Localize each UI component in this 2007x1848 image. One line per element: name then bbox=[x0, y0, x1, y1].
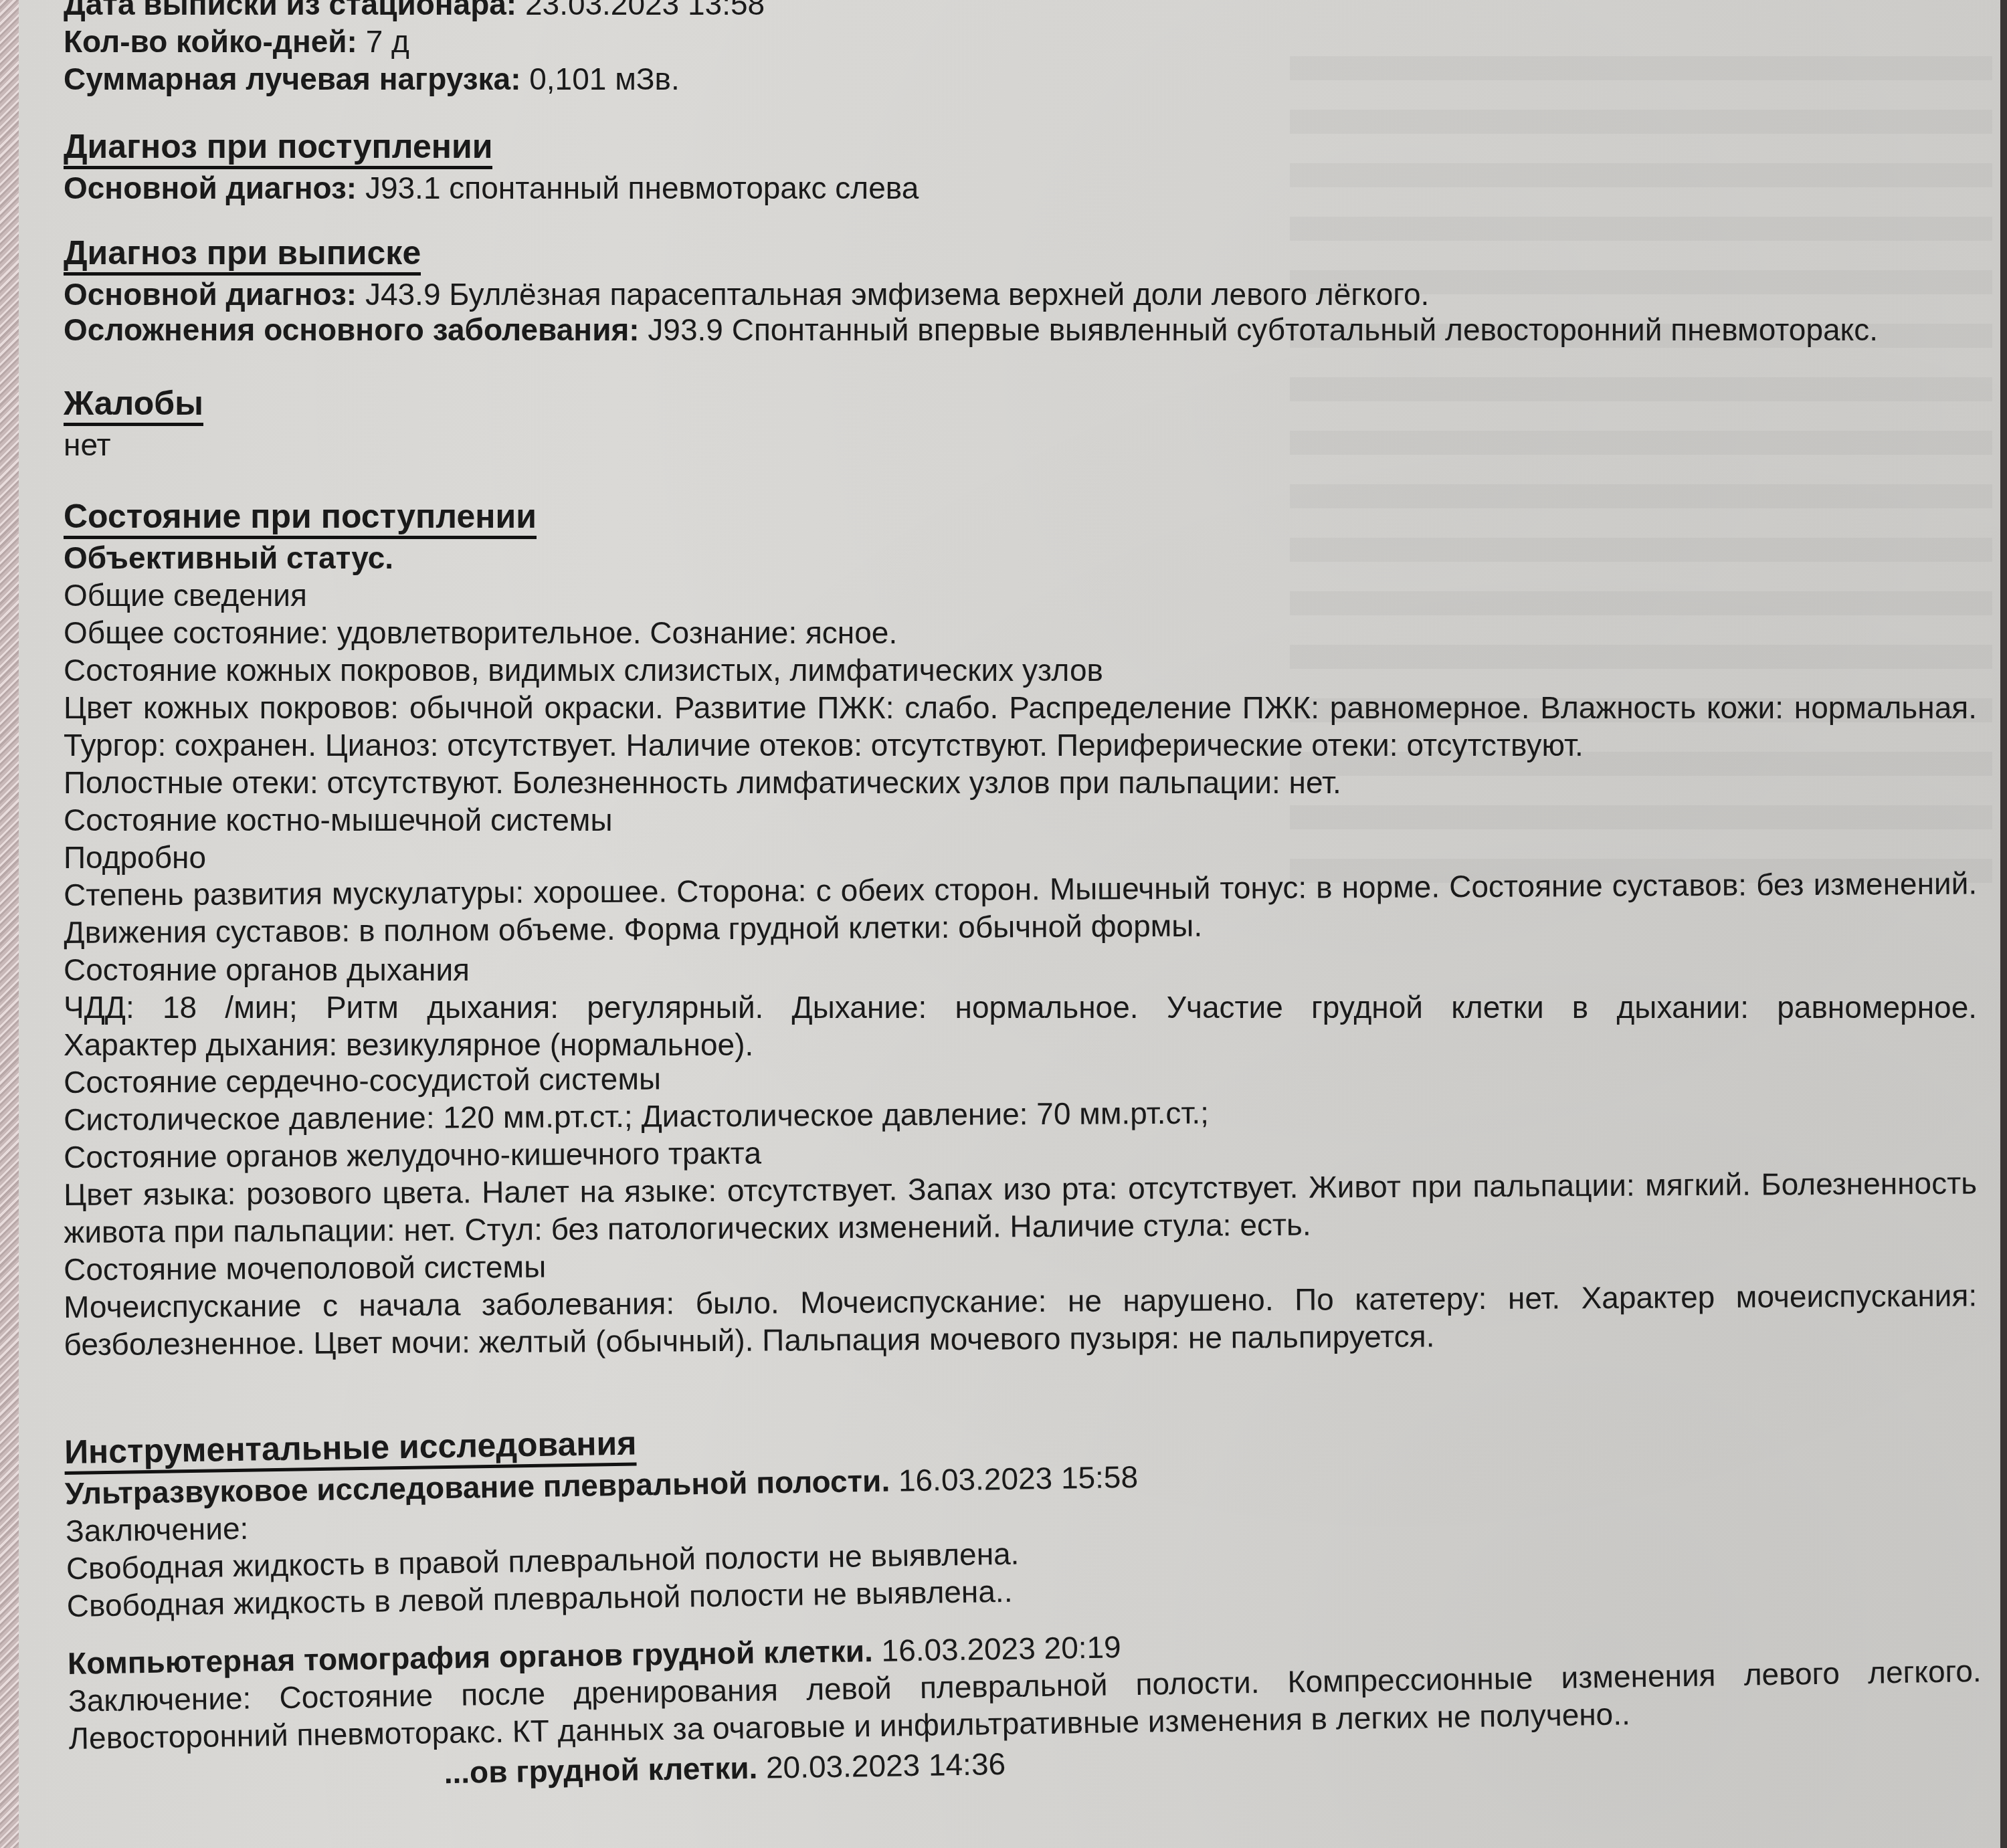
skin-text: Цвет кожных покровов: обычной окраски. Р… bbox=[64, 689, 1977, 764]
skin-heading: Состояние кожных покровов, видимых слизи… bbox=[64, 651, 1977, 689]
discharge-date-row: Дата выписки из стационара: 23.03.2023 1… bbox=[64, 0, 1977, 23]
admission-main-diagnosis-value: J93.1 спонтанный пневмоторакс слева bbox=[365, 171, 919, 205]
admission-main-diagnosis: Основной диагноз: J93.1 спонтанный пневм… bbox=[64, 169, 1977, 207]
bed-days-label: Кол-во койко-дней: bbox=[64, 24, 357, 59]
musculo-heading: Состояние костно-мышечной системы bbox=[64, 801, 1977, 839]
discharge-summary: Дата выписки из стационара: 23.03.2023 1… bbox=[64, 0, 1977, 1797]
radiation-value: 0,101 мЗв. bbox=[529, 62, 680, 96]
complaints-title: Жалобы bbox=[64, 384, 203, 426]
complications-value: J93.9 Спонтанный впервые выявленный субт… bbox=[648, 312, 1878, 347]
radiation-row: Суммарная лучевая нагрузка: 0,101 мЗв. bbox=[64, 60, 1977, 98]
objective-status: Объективный статус. bbox=[64, 539, 1977, 577]
bed-days-value: 7 д bbox=[366, 24, 409, 59]
general-info-heading: Общие сведения bbox=[64, 577, 1977, 614]
discharge-date-value: 23.03.2023 13:58 bbox=[525, 0, 765, 21]
complications: Осложнения основного заболевания: J93.9 … bbox=[64, 313, 1977, 346]
admission-main-diagnosis-label: Основной диагноз: bbox=[64, 171, 357, 205]
complications-label: Осложнения основного заболевания: bbox=[64, 312, 640, 347]
bed-days-row: Кол-во койко-дней: 7 д bbox=[64, 23, 1977, 60]
discharge-diagnosis-title: Диагноз при выписке bbox=[64, 233, 421, 276]
general-state: Общее состояние: удовлетворительное. Соз… bbox=[64, 614, 1977, 651]
instrumental-section: Инструментальные исследования Ультразвук… bbox=[64, 1373, 1983, 1797]
study-name-partial: ...ов грудной клетки. bbox=[444, 1750, 757, 1790]
study-conclusion-label: Заключение: bbox=[68, 1681, 252, 1718]
skin-text-2: Полостные отеки: отсутствуют. Болезненно… bbox=[64, 764, 1977, 801]
resp-text: ЧДД: 18 /мин; Ритм дыхания: регулярный. … bbox=[64, 989, 1977, 1026]
admission-diagnosis-title: Диагноз при поступлении bbox=[64, 127, 492, 169]
discharge-main-diagnosis-value: J43.9 Буллёзная парасептальная эмфизема … bbox=[365, 277, 1429, 312]
musculo-text: Степень развития мускулатуры: хорошее. С… bbox=[64, 865, 1978, 951]
background-fabric bbox=[0, 0, 20, 1848]
admission-state-title: Состояние при поступлении bbox=[64, 497, 537, 539]
study-datetime: 16.03.2023 15:58 bbox=[898, 1459, 1139, 1498]
study-datetime: 20.03.2023 14:36 bbox=[766, 1746, 1006, 1785]
complaints-value: нет bbox=[64, 426, 1977, 464]
gi-text: Цвет языка: розового цвета. Налет на язы… bbox=[64, 1164, 1978, 1251]
discharge-date-label: Дата выписки из стационара: bbox=[64, 0, 516, 21]
uro-text: Мочеиспускание с начала заболевания: был… bbox=[64, 1277, 1978, 1363]
study-datetime: 16.03.2023 20:19 bbox=[881, 1629, 1121, 1668]
discharge-main-diagnosis: Основной диагноз: J43.9 Буллёзная парасе… bbox=[64, 276, 1977, 313]
discharge-main-diagnosis-label: Основной диагноз: bbox=[64, 277, 357, 312]
radiation-label: Суммарная лучевая нагрузка: bbox=[64, 62, 520, 96]
resp-heading: Состояние органов дыхания bbox=[64, 951, 1977, 989]
